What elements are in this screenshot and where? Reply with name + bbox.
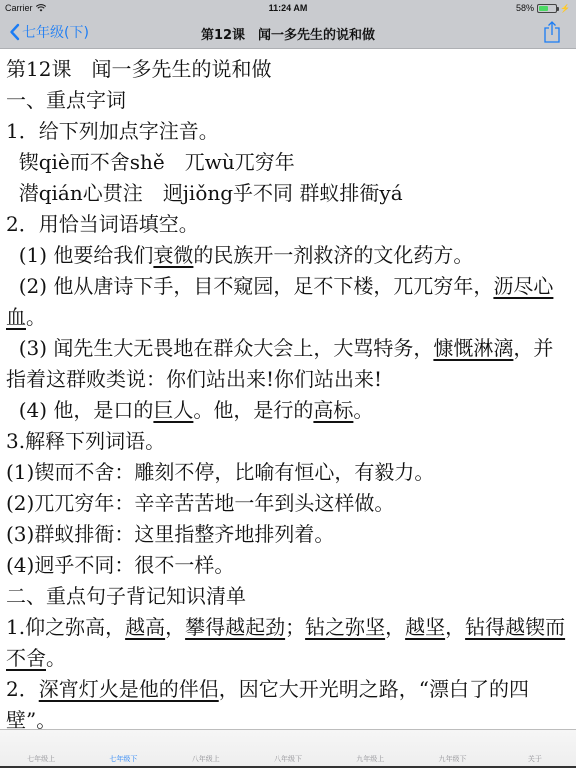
content-line-q3b: (2)兀兀穷年：辛辛苦苦地一年到头这样做。: [6, 488, 570, 519]
text-segment: (1) 他要给我们: [6, 243, 153, 267]
tab-label: 七年级下: [109, 754, 137, 764]
text-segment: 潜qián心贯注 迥jiǒng乎不同 群蚁排衙yá: [6, 181, 403, 205]
battery-percent: 58%: [516, 3, 534, 13]
text-segment: (3) 闻先生大无畏地在群众大会上，大骂特务，: [6, 336, 433, 360]
underlined-answer: 衰微: [153, 243, 193, 267]
underlined-answer: 深宵灯火是他的伴侣: [39, 677, 219, 701]
content-line-s1: 1.仰之弥高，越高，攀得越起劲；钻之弥坚，越坚，钻得越锲而不舍。: [6, 612, 570, 674]
text-segment: 的民族开一剂救济的文化药方。: [193, 243, 473, 267]
text-segment: ，: [445, 615, 465, 639]
text-segment: (3)群蚁排衙：这里指整齐地排列着。: [6, 522, 334, 546]
text-segment: 第12课 闻一多先生的说和做: [6, 57, 271, 81]
content-line-section1: 一、重点字词: [6, 85, 570, 116]
content-line-q2c: (3) 闻先生大无畏地在群众大会上，大骂特务，慷慨淋漓，并指着这群败类说：你们站…: [6, 333, 570, 395]
tab-3[interactable]: 八年级上: [165, 730, 247, 768]
text-segment: 2．: [6, 677, 39, 701]
text-segment: ；: [285, 615, 305, 639]
tab-6[interactable]: 九年级下: [411, 730, 493, 768]
content-line-title: 第12课 闻一多先生的说和做: [6, 54, 570, 85]
text-segment: 二、重点句子背记知识清单: [6, 584, 246, 608]
tab-7[interactable]: 关于: [494, 730, 576, 768]
bolt-icon: ⚡: [560, 4, 570, 13]
content-line-q2: 2．用恰当词语填空。: [6, 209, 570, 240]
text-segment: 。他，是行的: [193, 398, 313, 422]
tab-1[interactable]: 七年级上: [0, 730, 82, 768]
tab-5[interactable]: 九年级上: [329, 730, 411, 768]
tab-2[interactable]: 七年级下: [82, 730, 164, 768]
content-line-q3: 3.解释下列词语。: [6, 426, 570, 457]
underlined-answer: 巨人: [153, 398, 193, 422]
tab-bar: 七年级上七年级下八年级上八年级下九年级上九年级下关于: [0, 729, 576, 768]
share-icon[interactable]: [542, 20, 562, 44]
underlined-answer: 攀得越起劲: [185, 615, 285, 639]
text-segment: 一、重点字词: [6, 88, 126, 112]
content-line-q1a: 锲qiè而不舍shě 兀wù兀穷年: [6, 147, 570, 178]
content-line-q2d: (4) 他，是口的巨人。他，是行的高标。: [6, 395, 570, 426]
content-line-q2a: (1) 他要给我们衰微的民族开一剂救济的文化药方。: [6, 240, 570, 271]
text-segment: ，: [385, 615, 405, 639]
status-bar: Carrier 11:24 AM 58% ⚡: [0, 0, 576, 16]
content-line-q1: 1．给下列加点字注音。: [6, 116, 570, 147]
text-segment: (2) 他从唐诗下手，目不窥园，足不下楼，兀兀穷年，: [6, 274, 493, 298]
tab-4[interactable]: 八年级下: [247, 730, 329, 768]
battery-group: 58% ⚡: [516, 3, 570, 13]
tab-label: 八年级下: [274, 754, 302, 764]
chevron-left-icon: [8, 22, 22, 42]
text-segment: 1.仰之弥高，: [6, 615, 125, 639]
lesson-content[interactable]: 第12课 闻一多先生的说和做一、重点字词1．给下列加点字注音。 锲qiè而不舍s…: [0, 50, 576, 730]
navigation-bar: 七年级(下) 第12课 闻一多先生的说和做: [0, 16, 576, 49]
tab-label: 关于: [528, 754, 542, 764]
tab-label: 九年级上: [356, 754, 384, 764]
underlined-answer: 越坚: [405, 615, 445, 639]
content-line-q3d: (4)迥乎不同：很不一样。: [6, 550, 570, 581]
text-segment: (4)迥乎不同：很不一样。: [6, 553, 234, 577]
text-segment: (2)兀兀穷年：辛辛苦苦地一年到头这样做。: [6, 491, 394, 515]
text-segment: 3.解释下列词语。: [6, 429, 165, 453]
text-segment: 2．用恰当词语填空。: [6, 212, 199, 236]
text-segment: 。: [353, 398, 373, 422]
tab-label: 七年级上: [27, 754, 55, 764]
app-root: Carrier 11:24 AM 58% ⚡ 七年级(下) 第12课 闻一多先生…: [0, 0, 576, 768]
back-button-label: 七年级(下): [22, 22, 89, 42]
text-segment: ，: [165, 615, 185, 639]
tab-label: 九年级下: [439, 754, 467, 764]
tab-label: 八年级上: [192, 754, 220, 764]
content-line-q2b: (2) 他从唐诗下手，目不窥园，足不下楼，兀兀穷年，沥尽心血。: [6, 271, 570, 333]
text-segment: 1．给下列加点字注音。: [6, 119, 219, 143]
underlined-answer: 高标: [313, 398, 353, 422]
content-line-q1b: 潜qián心贯注 迥jiǒng乎不同 群蚁排衙yá: [6, 178, 570, 209]
content-line-section2: 二、重点句子背记知识清单: [6, 581, 570, 612]
clock: 11:24 AM: [0, 3, 576, 13]
content-line-s2: 2．深宵灯火是他的伴侣，因它大开光明之路，“漂白了的四壁”。: [6, 674, 570, 730]
content-line-q3a: (1)锲而不舍：雕刻不停，比喻有恒心，有毅力。: [6, 457, 570, 488]
text-segment: 锲qiè而不舍shě 兀wù兀穷年: [6, 150, 295, 174]
content-line-q3c: (3)群蚁排衙：这里指整齐地排列着。: [6, 519, 570, 550]
back-button[interactable]: 七年级(下): [8, 22, 89, 42]
text-segment: (4) 他，是口的: [6, 398, 153, 422]
text-segment: (1)锲而不舍：雕刻不停，比喻有恒心，有毅力。: [6, 460, 434, 484]
battery-icon: [537, 4, 557, 13]
underlined-answer: 越高: [125, 615, 165, 639]
text-segment: 。: [46, 646, 66, 670]
underlined-answer: 钻之弥坚: [305, 615, 385, 639]
underlined-answer: 慷慨淋漓: [433, 336, 513, 360]
text-segment: 。: [26, 305, 46, 329]
